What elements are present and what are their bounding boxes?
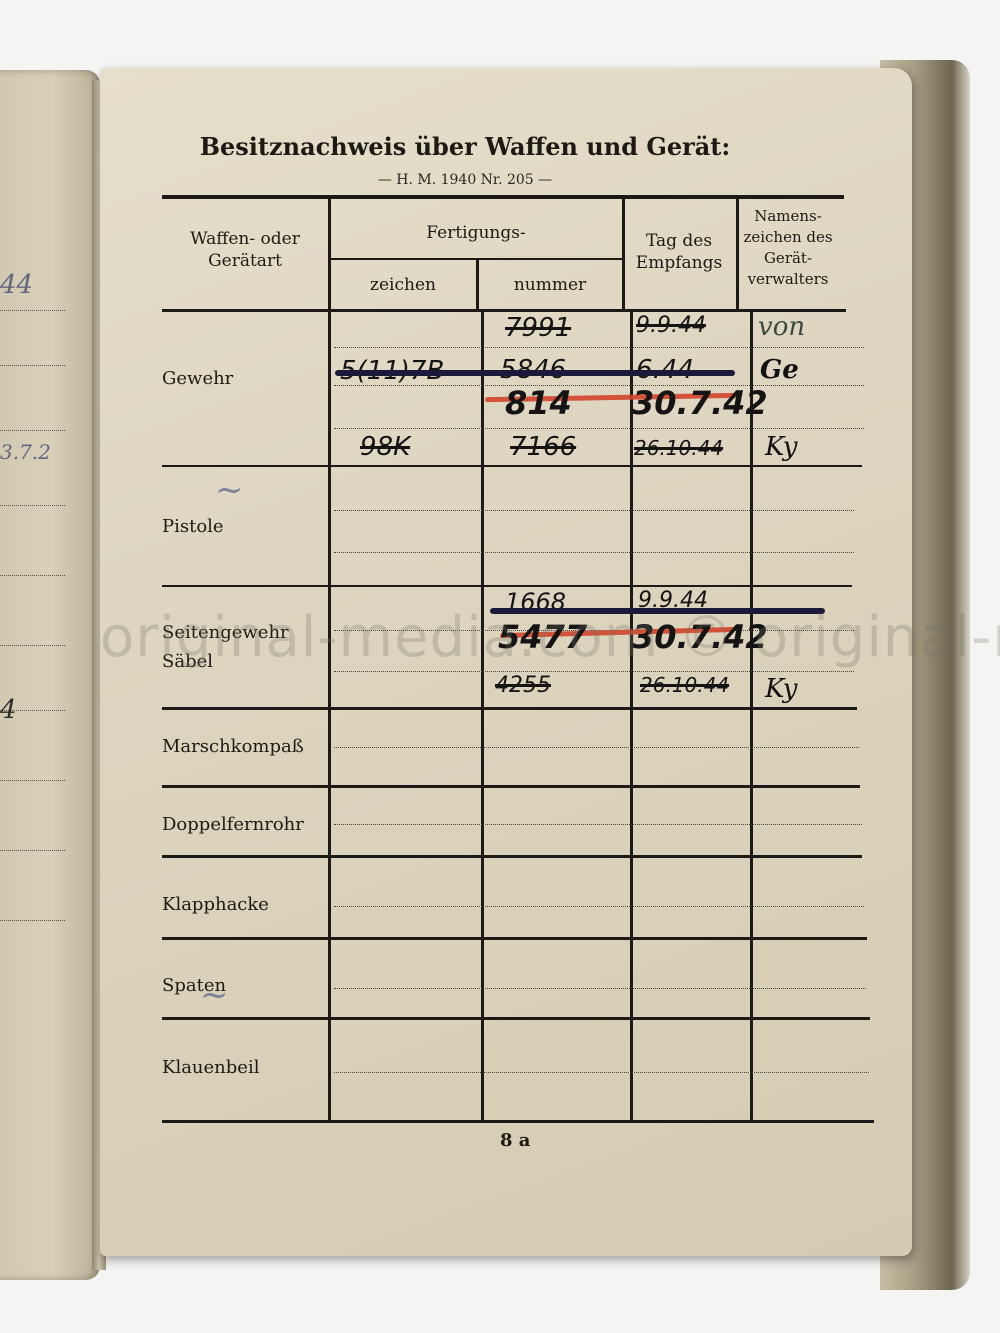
column-divider [481,310,484,1122]
header-item-type: Waffen- oder Gerätart [165,228,325,272]
row-label-klapphacke: Klapphacke [162,891,269,919]
header-signature: Namens- zeichen des Gerät- verwalters [738,206,838,290]
row-rule [162,1017,870,1020]
left-page-fragment: 3.7.2 [0,440,51,464]
handwritten-number: 4255 [495,673,551,698]
page-subtitle: — H. M. 1940 Nr. 205 — [150,172,780,188]
left-page: 44 3.7.2 4 [0,70,100,1280]
header-number: nummer [480,274,620,296]
column-divider [630,310,633,1122]
row-label-marschkompass: Marschkompaß [162,733,304,761]
handwritten-number: 7166 [510,432,576,462]
row-rule [162,937,867,940]
row-label-klauenbeil: Klauenbeil [162,1054,259,1082]
left-page-fragment: 44 [0,270,33,300]
page-number: 8 a [500,1130,530,1151]
left-page-fragment: 4 [0,695,17,725]
row-rule [162,707,857,710]
handwritten-number: 7991 [505,313,571,343]
table-top-rule [162,195,844,199]
faint-ink-mark: ~ [215,470,244,510]
handwritten-signature: Ge [760,355,799,385]
handwritten-signature: Ky [765,674,797,704]
handwritten-signature: von [758,312,805,342]
handwritten-date: 9.9.44 [636,313,706,338]
header-mark: zeichen [332,274,474,296]
handwritten-number: 814 [505,384,572,422]
row-rule [162,465,862,467]
watermark: original-media.com © original-media.c [100,605,1000,670]
faint-ink-mark: ~ [200,975,229,1015]
strikethrough-mark [335,370,735,376]
row-rule [162,785,860,788]
header-manufacture-group: Fertigungs- [332,222,620,244]
row-label-gewehr: Gewehr [162,365,233,393]
handwritten-mark: 98K [360,432,410,462]
row-rule [162,855,862,858]
row-label-pistole: Pistole [162,513,224,541]
header-bottom-rule [162,309,846,312]
row-rule [162,585,852,587]
column-divider [476,260,479,310]
table-bottom-rule [162,1120,874,1123]
handwritten-date: 30.7.42 [632,384,768,422]
handwritten-signature: Ky [765,432,797,462]
handwritten-date: 26.10.44 [634,436,723,460]
header-date-received: Tag des Empfangs [624,230,734,274]
page-title: Besitznachweis über Waffen und Gerät: [150,132,780,161]
column-divider [750,310,753,1122]
row-label-doppelfernrohr: Doppelfernrohr [162,811,304,839]
handwritten-date: 26.10.44 [640,673,729,697]
